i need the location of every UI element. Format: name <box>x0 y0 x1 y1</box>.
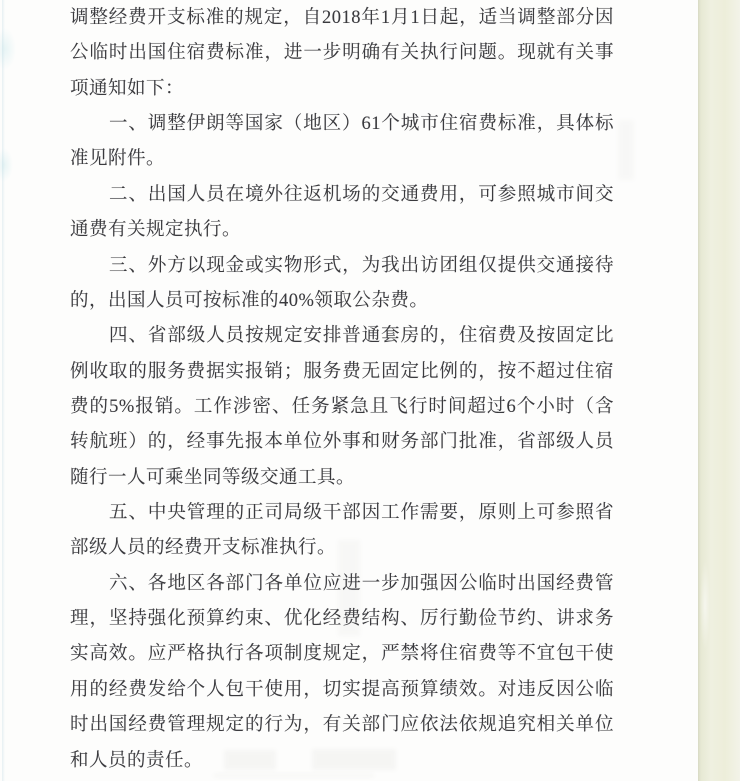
scan-edge-highlight <box>700 560 710 650</box>
scan-edge-artifact-left <box>2 0 5 781</box>
text-line: 部级人员的经费开支标准执行。 <box>70 531 614 566</box>
text-line: 费的5%报销。工作涉密、任务紧急且飞行时间超过6个小时（含中 <box>70 390 614 425</box>
scan-page-edge <box>698 0 740 781</box>
text-line: 四、省部级人员按规定安排普通套房的，住宿费及按固定比 <box>70 319 614 354</box>
document-body: 调整经费开支标准的规定，自2018年1月1日起，适当调整部分因 公临时出国住宿费… <box>70 1 614 779</box>
scan-smudge <box>0 28 16 70</box>
text-line: 实高效。应严格执行各项制度规定，严禁将住宿费等不宜包干使 <box>70 637 614 672</box>
text-line: 通费有关规定执行。 <box>70 213 614 248</box>
text-line: 公临时出国住宿费标准，进一步明确有关执行问题。现就有关事 <box>70 36 614 71</box>
text-line: 一、调整伊朗等国家（地区）61个城市住宿费标准，具体标 <box>70 107 614 142</box>
text-line: 随行一人可乘坐同等级交通工具。 <box>70 461 614 496</box>
text-line: 转航班）的，经事先报本单位外事和财务部门批准，省部级人员 <box>70 425 614 460</box>
text-line: 五、中央管理的正司局级干部因工作需要，原则上可参照省 <box>70 496 614 531</box>
text-line: 和人员的责任。 <box>70 744 614 779</box>
bleed-through-mark <box>618 120 634 180</box>
text-line: 项通知如下： <box>70 72 614 107</box>
scanned-document-page: 调整经费开支标准的规定，自2018年1月1日起，适当调整部分因 公临时出国住宿费… <box>0 0 740 781</box>
text-line: 的，出国人员可按标准的40%领取公杂费。 <box>70 284 614 319</box>
text-line: 理，坚持强化预算约束、优化经费结构、厉行勤俭节约、讲求务 <box>70 602 614 637</box>
text-line: 二、出国人员在境外往返机场的交通费用，可参照城市间交 <box>70 178 614 213</box>
text-line: 用的经费发给个人包干使用，切实提高预算绩效。对违反因公临 <box>70 673 614 708</box>
text-line: 准见附件。 <box>70 142 614 177</box>
text-line: 例收取的服务费据实报销；服务费无固定比例的，按不超过住宿 <box>70 355 614 390</box>
text-line: 三、外方以现金或实物形式，为我出访团组仅提供交通接待 <box>70 249 614 284</box>
scan-smudge <box>0 148 13 182</box>
text-line: 六、各地区各部门各单位应进一步加强因公临时出国经费管 <box>70 567 614 602</box>
text-line: 调整经费开支标准的规定，自2018年1月1日起，适当调整部分因 <box>70 1 614 36</box>
text-line: 时出国经费管理规定的行为，有关部门应依法依规追究相关单位 <box>70 708 614 743</box>
